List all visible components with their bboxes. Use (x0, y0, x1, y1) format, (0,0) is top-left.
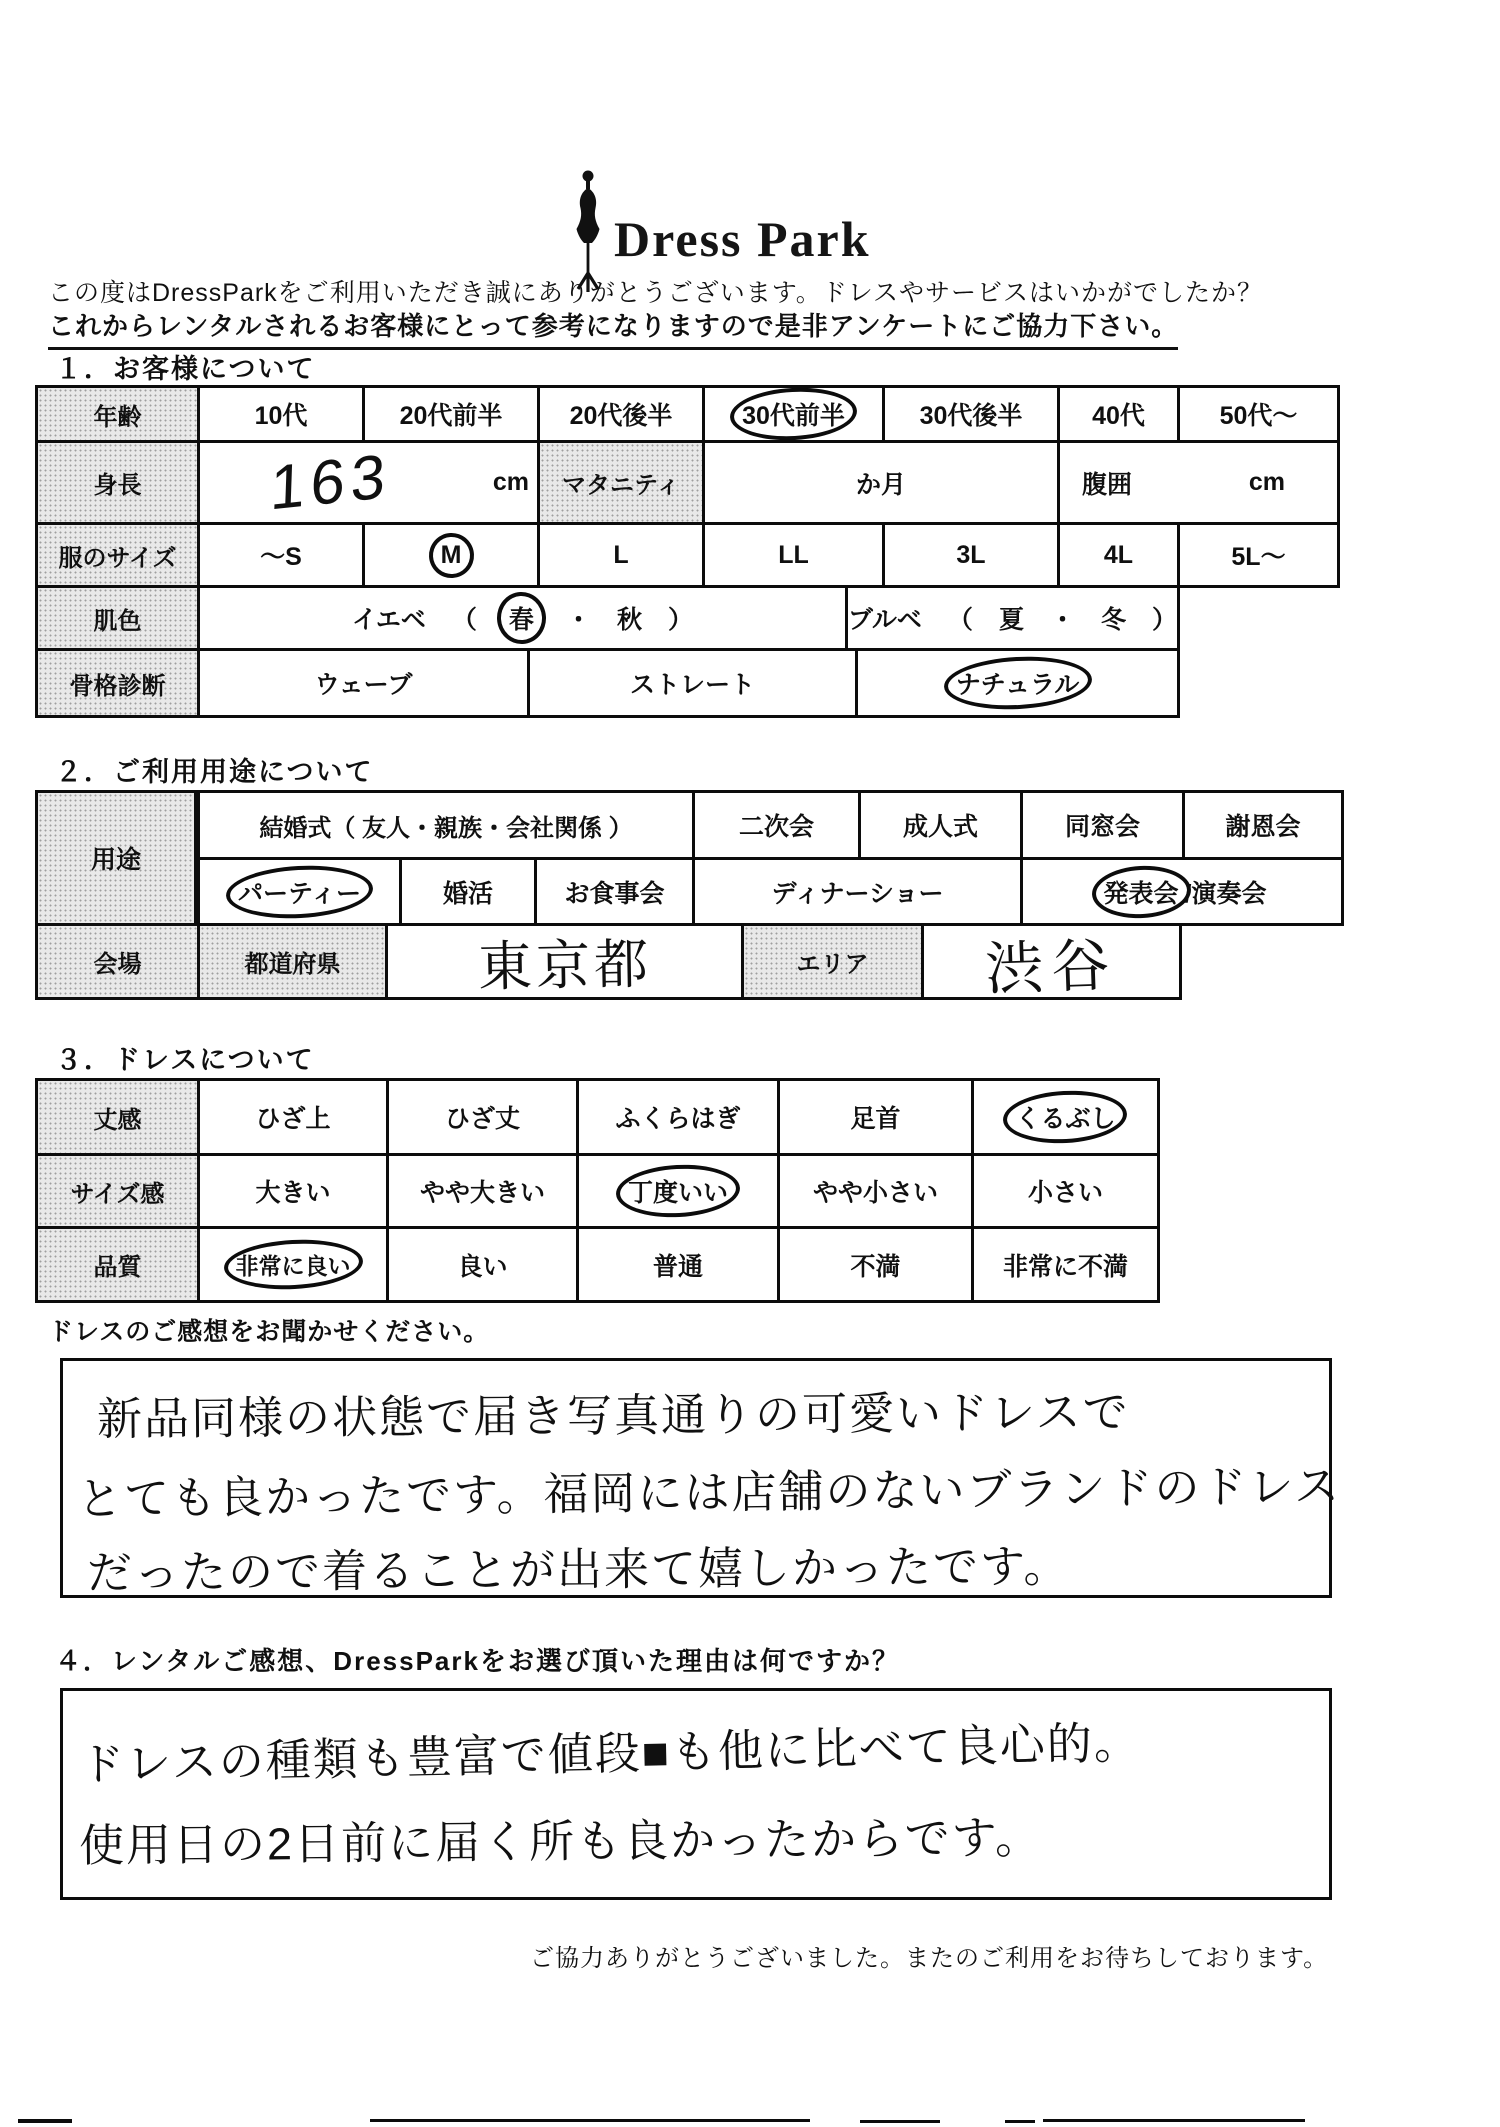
length-option: ひざ上 (200, 1081, 389, 1153)
handwritten-comment-line: だったので着ることが出来て嬉しかったです。 (87, 1530, 1071, 1602)
maternity-label: マタニティ (540, 443, 705, 522)
fit-option-selected: 丁度いい (579, 1156, 780, 1226)
height-row: 身長 163 cm マタニティ か月 腹囲 cm (35, 440, 1340, 525)
scan-artifact (1043, 2119, 1305, 2122)
dress-comment-box: 新品同様の状態で届き写真通りの可愛いドレスで とても良かったです。福岡には店舗の… (60, 1358, 1332, 1598)
circle-annotation: くるぶし (1009, 1099, 1121, 1135)
age-label: 年齢 (38, 388, 200, 440)
months-cell: か月 (705, 443, 1060, 522)
circle-annotation: 30代前半 (736, 396, 851, 432)
paren: （ (452, 600, 477, 636)
usage-option-selected: パーティー (200, 860, 402, 923)
handwritten-comment-line: 使用日の2日前に届く所も良かったからです。 (79, 1801, 1043, 1874)
size-option: LL (705, 525, 885, 585)
quality-row: 品質 非常に良い 良い 普通 不満 非常に不満 (35, 1226, 1160, 1303)
quality-option: 不満 (780, 1229, 974, 1300)
skin-blue-b: 冬 (1101, 600, 1126, 636)
area-value-cell: 渋谷 (924, 926, 1179, 997)
length-option: ふくらはぎ (579, 1081, 780, 1153)
area-handwritten-value: 渋谷 (984, 917, 1119, 1006)
quality-option: 非常に不満 (974, 1229, 1157, 1300)
usage-option: お食事会 (537, 860, 695, 923)
age-option: 50代～ (1180, 388, 1337, 440)
fit-label: サイズ感 (38, 1156, 200, 1226)
intro-line2: これからレンタルされるお客様にとって参考になりますので是非アンケートにご協力下さ… (48, 306, 1178, 350)
usage-option: 婚活 (402, 860, 537, 923)
age-row: 年齢 10代 20代前半 20代後半 30代前半 30代後半 40代 50代～ (35, 385, 1340, 443)
paren: ） (668, 600, 693, 636)
prefecture-label: 都道府県 (200, 926, 388, 997)
waist-unit: cm (1249, 468, 1285, 497)
fit-option: 小さい (974, 1156, 1157, 1226)
skeleton-row: 骨格診断 ウェーブ ストレート ナチュラル (35, 648, 1180, 718)
skeleton-option-selected: ナチュラル (858, 651, 1177, 715)
size-option: 3L (885, 525, 1060, 585)
age-option: 10代 (200, 388, 365, 440)
usage-option: 二次会 (695, 793, 861, 857)
skin-label: 肌色 (38, 588, 200, 648)
length-option: 足首 (780, 1081, 974, 1153)
height-value-cell: 163 cm (200, 443, 540, 522)
usage-option: 同窓会 (1023, 793, 1185, 857)
fit-option: 大きい (200, 1156, 389, 1226)
scan-artifact (1005, 2120, 1035, 2123)
circle-annotation: 非常に良い (230, 1248, 357, 1281)
venue-row: 会場 都道府県 東京都 エリア 渋谷 (35, 923, 1182, 1000)
intro-line1: この度はDressParkをご利用いただき誠にありがとうございます。ドレスやサー… (48, 273, 1263, 309)
section1-heading: １．お客様について (55, 347, 315, 386)
circle-annotation: パーティー (232, 874, 367, 910)
usage-option: 謝恩会 (1185, 793, 1341, 857)
usage-option-selected: 発表会 /演奏会 (1023, 860, 1341, 923)
paren: （ (948, 600, 973, 636)
circle-annotation: 丁度いい (622, 1173, 734, 1209)
usage-option: 結婚式（ 友人・親族・会社関係 ） (200, 793, 695, 857)
height-unit: cm (493, 468, 537, 497)
usage-row1: 結婚式（ 友人・親族・会社関係 ） 二次会 成人式 同窓会 謝恩会 (197, 790, 1344, 860)
size-option-selected: M (365, 525, 540, 585)
size-option: 4L (1060, 525, 1180, 585)
usage-option: 成人式 (861, 793, 1023, 857)
waist-cell: 腹囲 cm (1060, 443, 1337, 522)
usage-row2: パーティー 婚活 お食事会 ディナーショー 発表会 /演奏会 (197, 857, 1344, 926)
size-option: ～S (200, 525, 365, 585)
venue-label: 会場 (38, 926, 200, 997)
length-label: 丈感 (38, 1081, 200, 1153)
circle-annotation: M (435, 541, 468, 570)
usage-label: 用途 (35, 790, 197, 926)
scan-artifact (18, 2119, 72, 2123)
skin-blue-cell: ブルベ （ 夏 ・ 冬 ） (848, 588, 1177, 648)
skin-yellow-name: イエベ (352, 600, 426, 636)
skin-row: 肌色 イエベ （ 春 ・ 秋 ） ブルベ （ 夏 ・ 冬 ） (35, 585, 1180, 651)
quality-label: 品質 (38, 1229, 200, 1300)
length-option: ひざ丈 (389, 1081, 579, 1153)
fit-option: やや大きい (389, 1156, 579, 1226)
quality-option-selected: 非常に良い (200, 1229, 389, 1300)
size-row: 服のサイズ ～S M L LL 3L 4L 5L～ (35, 522, 1340, 588)
age-option: 20代後半 (540, 388, 705, 440)
size-option: 5L～ (1180, 525, 1337, 585)
size-label: 服のサイズ (38, 525, 200, 585)
separator: ・ (566, 600, 591, 636)
circle-annotation: ナチュラル (950, 665, 1086, 701)
skin-blue-a: 夏 (999, 600, 1024, 636)
section3-heading: ３．ドレスについて (55, 1038, 315, 1077)
fit-row: サイズ感 大きい やや大きい 丁度いい やや小さい 小さい (35, 1153, 1160, 1229)
area-label: エリア (744, 926, 924, 997)
fit-option: やや小さい (780, 1156, 974, 1226)
prefecture-handwritten-value: 東京都 (477, 921, 652, 1001)
skin-yellow-b: 秋 (617, 600, 642, 636)
waist-label: 腹囲 (1082, 465, 1132, 501)
usage-option-rest: /演奏会 (1185, 874, 1267, 910)
skeleton-option: ウェーブ (200, 651, 530, 715)
circle-annotation: 発表会 (1098, 874, 1185, 910)
length-row: 丈感 ひざ上 ひざ丈 ふくらはぎ 足首 くるぶし (35, 1078, 1160, 1156)
handwritten-comment-line: とても良かったです。福岡には店舗のないブランドのドレス (77, 1449, 1342, 1527)
circle-annotation: 春 (503, 600, 540, 636)
height-handwritten-value: 163 (269, 440, 392, 524)
paren: ） (1152, 600, 1177, 636)
prefecture-value-cell: 東京都 (388, 926, 744, 997)
skeleton-option: ストレート (530, 651, 858, 715)
section4-heading: ４．レンタルご感想、DressParkをお選び頂いた理由は何ですか？ (55, 1641, 900, 1678)
age-option: 30代後半 (885, 388, 1060, 440)
age-option: 40代 (1060, 388, 1180, 440)
scan-artifact (860, 2120, 940, 2123)
height-label: 身長 (38, 443, 200, 522)
quality-option: 普通 (579, 1229, 780, 1300)
separator: ・ (1050, 600, 1075, 636)
skeleton-label: 骨格診断 (38, 651, 200, 715)
skin-blue-name: ブルベ (848, 600, 922, 636)
dress-comment-label: ドレスのご感想をお聞かせください。 (48, 1312, 489, 1348)
size-option: L (540, 525, 705, 585)
quality-option: 良い (389, 1229, 579, 1300)
skin-yellow-cell: イエベ （ 春 ・ 秋 ） (200, 588, 848, 648)
reason-comment-box: ドレスの種類も豊富で値段■も他に比べて良心的。 使用日の2日前に届く所も良かった… (60, 1688, 1332, 1900)
survey-scan-page: Dress Park この度はDressParkをご利用いただき誠にありがとうご… (0, 0, 1500, 2127)
handwritten-comment-line: ドレスの種類も豊富で値段■も他に比べて良心的。 (78, 1706, 1141, 1793)
section2-heading: ２．ご利用用途について (55, 750, 373, 789)
footer-thanks: ご協力ありがとうございました。またのご利用をお待ちしております。 (530, 1938, 1328, 1973)
brand-name: Dress Park (614, 210, 871, 268)
age-option: 20代前半 (365, 388, 540, 440)
usage-option: ディナーショー (695, 860, 1023, 923)
length-option-selected: くるぶし (974, 1081, 1157, 1153)
scan-artifact (370, 2119, 810, 2122)
handwritten-comment-line: 新品同様の状態で届き写真通りの可愛いドレスで (97, 1375, 1130, 1447)
age-option-selected: 30代前半 (705, 388, 885, 440)
